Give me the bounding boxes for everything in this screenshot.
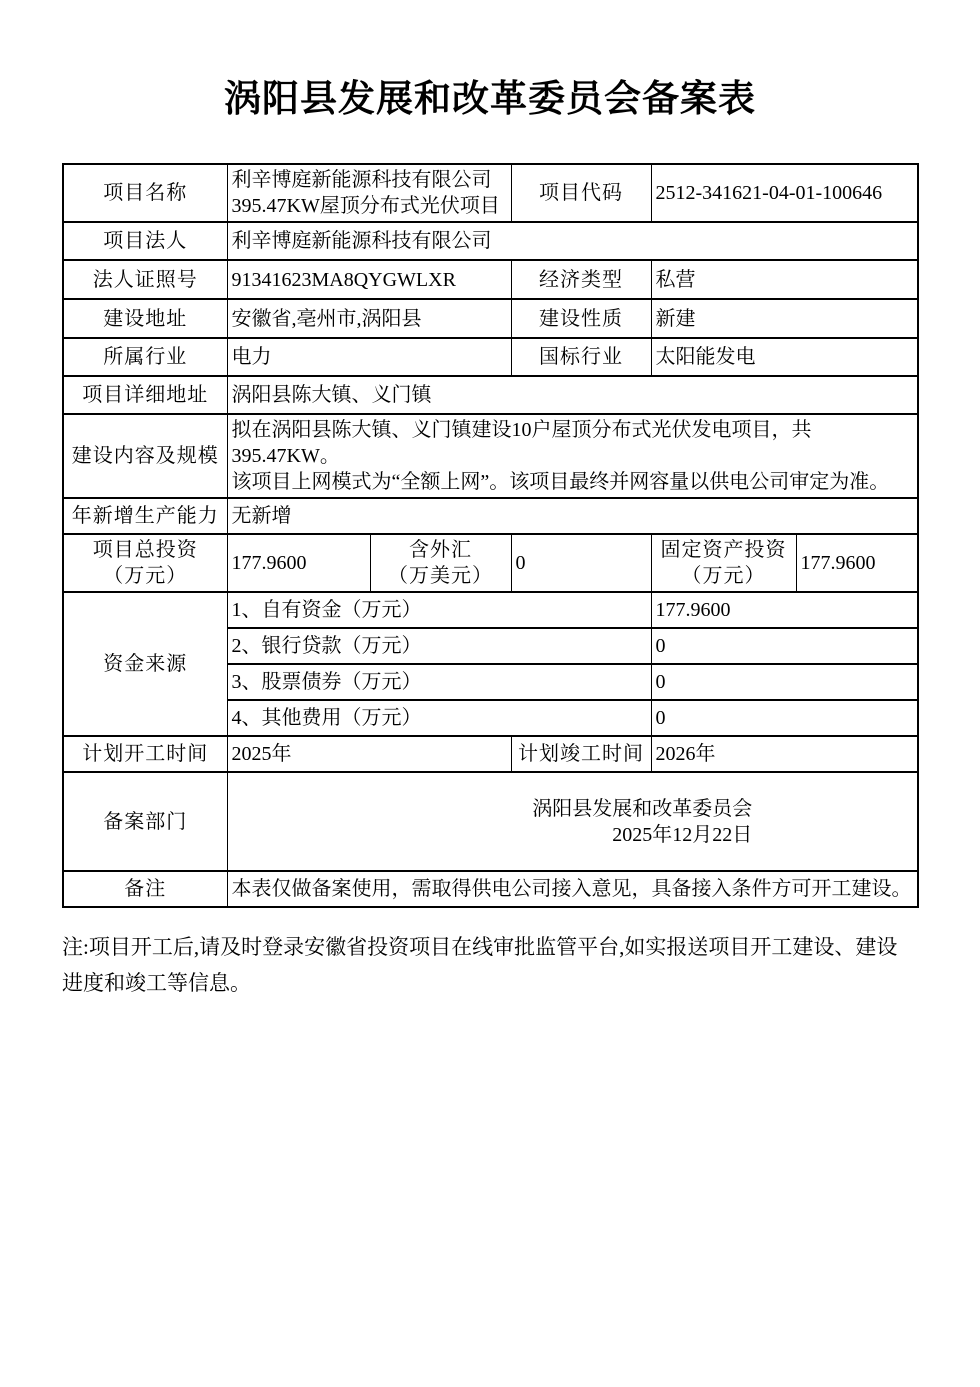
legal-person-value: 利辛博庭新能源科技有限公司 (227, 222, 918, 260)
annual-new-capacity-value: 无新增 (227, 498, 918, 534)
project-code-value: 2512-341621-04-01-100646 (651, 164, 918, 222)
row-license-number: 法人证照号 91341623MA8QYGWLXR 经济类型 私营 (63, 260, 918, 299)
filing-authority-cell: 涡阳县发展和改革委员会 2025年12月22日 (227, 772, 918, 871)
funding-stock-bond-value: 0 (651, 664, 918, 700)
fixed-asset-investment-value: 177.9600 (796, 534, 918, 592)
funding-own-label: 1、自有资金（万元） (227, 592, 651, 628)
row-investment: 项目总投资 （万元） 177.9600 含外汇 （万美元） 0 固定资产投资 （… (63, 534, 918, 592)
legal-person-label: 项目法人 (63, 222, 227, 260)
detailed-address-value: 涡阳县陈大镇、义门镇 (227, 376, 918, 414)
row-funding-own: 资金来源 1、自有资金（万元） 177.9600 (63, 592, 918, 628)
planned-completion-label: 计划竣工时间 (511, 736, 651, 772)
filing-date: 2025年12月22日 (342, 822, 919, 848)
funding-stock-bond-label: 3、股票债券（万元） (227, 664, 651, 700)
funding-other-value: 0 (651, 700, 918, 736)
construction-content-value: 拟在涡阳县陈大镇、义门镇建设10户屋顶分布式光伏发电项目，共395.47KW。 … (227, 414, 918, 498)
planned-start-value: 2025年 (227, 736, 511, 772)
row-filing-authority: 备案部门 涡阳县发展和改革委员会 2025年12月22日 (63, 772, 918, 871)
construction-address-label: 建设地址 (63, 299, 227, 338)
document-title: 涡阳县发展和改革委员会备案表 (62, 78, 918, 122)
row-project-name: 项目名称 利辛博庭新能源科技有限公司 395.47KW屋顶分布式光伏项目 项目代… (63, 164, 918, 222)
national-industry-value: 太阳能发电 (651, 338, 918, 376)
planned-start-label: 计划开工时间 (63, 736, 227, 772)
license-number-label: 法人证照号 (63, 260, 227, 299)
planned-completion-value: 2026年 (651, 736, 918, 772)
funding-bank-loan-value: 0 (651, 628, 918, 664)
project-name-value: 利辛博庭新能源科技有限公司 395.47KW屋顶分布式光伏项目 (227, 164, 511, 222)
filing-form-table: 项目名称 利辛博庭新能源科技有限公司 395.47KW屋顶分布式光伏项目 项目代… (62, 163, 919, 908)
fixed-asset-investment-label: 固定资产投资 （万元） (651, 534, 796, 592)
detailed-address-label: 项目详细地址 (63, 376, 227, 414)
remarks-value: 本表仅做备案使用，需取得供电公司接入意见，具备接入条件方可开工建设。 (227, 871, 918, 907)
row-planned-dates: 计划开工时间 2025年 计划竣工时间 2026年 (63, 736, 918, 772)
row-construction-address: 建设地址 安徽省,亳州市,涡阳县 建设性质 新建 (63, 299, 918, 338)
national-industry-label: 国标行业 (511, 338, 651, 376)
construction-address-value: 安徽省,亳州市,涡阳县 (227, 299, 511, 338)
construction-nature-label: 建设性质 (511, 299, 651, 338)
industry-value: 电力 (227, 338, 511, 376)
funding-source-label: 资金来源 (63, 592, 227, 736)
economic-type-label: 经济类型 (511, 260, 651, 299)
annual-new-capacity-label: 年新增生产能力 (63, 498, 227, 534)
economic-type-value: 私营 (651, 260, 918, 299)
foreign-currency-label: 含外汇 （万美元） (370, 534, 511, 592)
funding-other-label: 4、其他费用（万元） (227, 700, 651, 736)
footnote: 注:项目开工后,请及时登录安徽省投资项目在线审批监管平台,如实报送项目开工建设、… (62, 930, 918, 1001)
funding-bank-loan-label: 2、银行贷款（万元） (227, 628, 651, 664)
project-code-label: 项目代码 (511, 164, 651, 222)
row-annual-new-capacity: 年新增生产能力 无新增 (63, 498, 918, 534)
row-construction-content: 建设内容及规模 拟在涡阳县陈大镇、义门镇建设10户屋顶分布式光伏发电项目，共39… (63, 414, 918, 498)
foreign-currency-value: 0 (511, 534, 651, 592)
filing-authority-label: 备案部门 (63, 772, 227, 871)
remarks-label: 备注 (63, 871, 227, 907)
construction-nature-value: 新建 (651, 299, 918, 338)
filing-authority-name: 涡阳县发展和改革委员会 (302, 796, 919, 822)
project-name-label: 项目名称 (63, 164, 227, 222)
row-remarks: 备注 本表仅做备案使用，需取得供电公司接入意见，具备接入条件方可开工建设。 (63, 871, 918, 907)
row-legal-person: 项目法人 利辛博庭新能源科技有限公司 (63, 222, 918, 260)
row-industry: 所属行业 电力 国标行业 太阳能发电 (63, 338, 918, 376)
document-page: 涡阳县发展和改革委员会备案表 项目名称 利辛博庭新能源科技有限公司 395.47… (0, 0, 980, 1387)
industry-label: 所属行业 (63, 338, 227, 376)
license-number-value: 91341623MA8QYGWLXR (227, 260, 511, 299)
construction-content-label: 建设内容及规模 (63, 414, 227, 498)
total-investment-label: 项目总投资 （万元） (63, 534, 227, 592)
funding-own-value: 177.9600 (651, 592, 918, 628)
total-investment-value: 177.9600 (227, 534, 370, 592)
row-detailed-address: 项目详细地址 涡阳县陈大镇、义门镇 (63, 376, 918, 414)
